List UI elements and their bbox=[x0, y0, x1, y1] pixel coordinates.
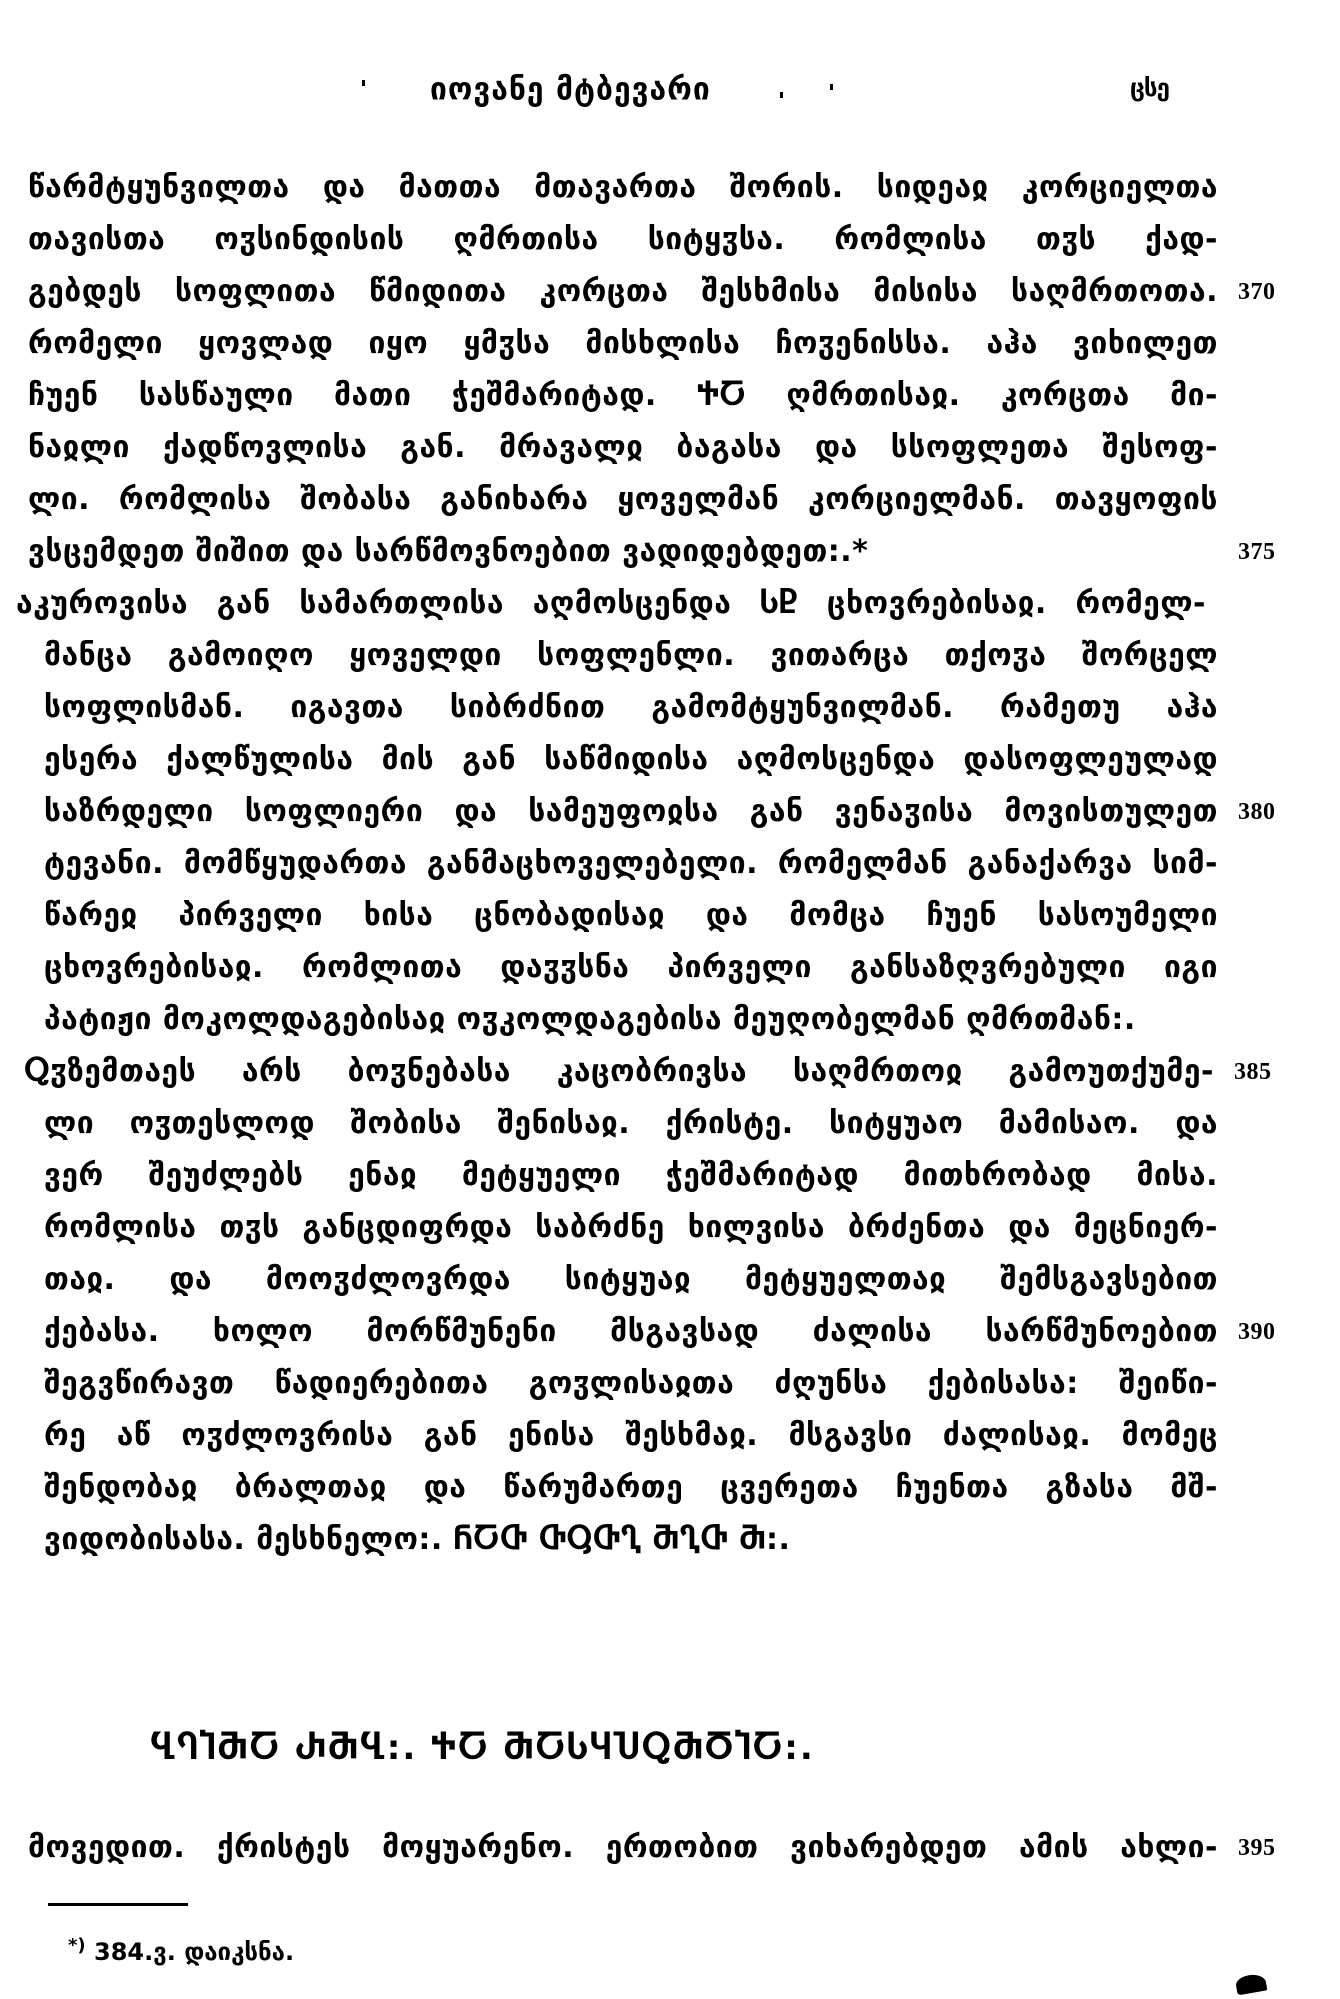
scan-speck bbox=[830, 84, 833, 90]
text-line: ვიდობისასა. მესხნელო:. ႬႠႧ ႧႳႧႢ ႫႢႧ Ⴋ:. bbox=[28, 1514, 1218, 1566]
text-line: თაჲ. და მოოჳძლოვრდა სიტყუაჲ მეტყუელთაჲ შ… bbox=[28, 1254, 1218, 1306]
text-line: წარეჲ პირველი ხისა ცნობადისაჲ და მომცა ჩ… bbox=[28, 890, 1218, 942]
footnote-mark: *) bbox=[68, 1935, 86, 1956]
section-heading: ႡႤႨႫႠ ႰႫႡ:. ႵႠ ႫႠႱႷႮႭႫႣႨႠ:. bbox=[150, 1728, 815, 1768]
line-number: 390 bbox=[1238, 1306, 1276, 1358]
footnote-text: 384.ვ. დაიკსნა. bbox=[94, 1938, 294, 1966]
line-number: 385 bbox=[1234, 1046, 1272, 1098]
text-line: პატიჟი მოკოლდაგებისაჲ ოჳკოლდაგებისა მეუღ… bbox=[28, 994, 1218, 1046]
line-number: 395 bbox=[1238, 1822, 1276, 1874]
line-number: 380 bbox=[1238, 786, 1276, 838]
text-line: ჩუენ სასწაული მათი ჭეშმარიტად. ႵႠ ღმრთის… bbox=[28, 370, 1218, 422]
text-line: სოფლისმან. იგავთა სიბრძნით გამომტყუნვილმ… bbox=[28, 682, 1218, 734]
text-line: შეგვწირავთ წადიერებითა გოჳლისაჲთა ძღუნსა… bbox=[28, 1358, 1218, 1410]
line-number: 370 bbox=[1238, 266, 1276, 318]
closing-line: მოვედით. ქრისტეს მოყუარენო. ერთობით ვიხა… bbox=[28, 1822, 1218, 1874]
text-line: რომელი ყოვლად იყო ყმჳსა მისხლისა ჩოჳენის… bbox=[28, 318, 1218, 370]
text-line: გებდეს სოფლითა წმიდითა კორცთა შესხმისა მ… bbox=[28, 266, 1218, 318]
text-line: ქებასა. ხოლო მორწმუნენი მსგავსად ძალისა … bbox=[28, 1306, 1218, 1358]
text-line: ვსცემდეთ შიშით და სარწმოვნოებით ვადიდებდ… bbox=[28, 526, 1218, 578]
text-line: აკუროვისა გან სამართლისა აღმოსცენდა ႱႲ ც… bbox=[16, 578, 1206, 630]
text-line: ცხოვრებისაჲ. რომლითა დაჳჳსნა პირველი გან… bbox=[28, 942, 1218, 994]
text-line: Ⴍჳზემთაეს არს ბოჳნებასა კაცობრივსა საღმრ… bbox=[24, 1046, 1214, 1098]
text-line: ნაჲლი ქადწოვლისა გან. მრავალჲ ბაგასა და … bbox=[28, 422, 1218, 474]
text-line: საზრდელი სოფლიერი და სამეუფოჲსა გან ვენა… bbox=[28, 786, 1218, 838]
text-line: ტევანი. მომწყუდართა განმაცხოველებელი. რო… bbox=[28, 838, 1218, 890]
footnote-rule bbox=[48, 1903, 188, 1906]
scan-speck bbox=[780, 92, 783, 98]
running-head: იოვანე მტბევარი ცსე bbox=[0, 72, 1340, 112]
text-line: ლი ოჳთესლოდ შობისა შენისაჲ. ქრისტე. სიტყ… bbox=[28, 1098, 1218, 1150]
footnote: *) 384.ვ. დაიკსნა. bbox=[68, 1935, 294, 1966]
book-page: იოვანე მტბევარი ცსე წარმტყუნვილთა და მათ… bbox=[0, 0, 1340, 1999]
line-number: 375 bbox=[1238, 526, 1276, 578]
text-line: მანცა გამოიღო ყოველდი სოფლენლი. ვითარცა … bbox=[28, 630, 1218, 682]
text-line: რომლისა თჳს განცდიფრდა საბრძნე ხილვისა ბ… bbox=[28, 1202, 1218, 1254]
scan-speck bbox=[362, 80, 365, 86]
text-line: თავისთა ოჳსინდისის ღმრთისა სიტყჳსა. რომლ… bbox=[28, 214, 1218, 266]
text-line: შენდობაჲ ბრალთაჲ და წარუმართე ცვერეთა ჩუ… bbox=[28, 1462, 1218, 1514]
ink-blot bbox=[1235, 1973, 1268, 1996]
page-number: ცსე bbox=[1130, 74, 1169, 102]
text-line: ლი. რომლისა შობასა განიხარა ყოველმან კორ… bbox=[28, 474, 1218, 526]
running-title: იოვანე მტბევარი bbox=[430, 71, 711, 108]
text-line: წარმტყუნვილთა და მათთა მთავართა შორის. ს… bbox=[28, 162, 1218, 214]
text-line: რე აწ ოჳძლოვრისა გან ენისა შესხმაჲ. მსგა… bbox=[28, 1410, 1218, 1462]
text-line: ესერა ქალწულისა მის გან საწმიდისა აღმოსც… bbox=[28, 734, 1218, 786]
text-line: ვერ შეუძლებს ენაჲ მეტყუელი ჭეშმარიტად მი… bbox=[28, 1150, 1218, 1202]
